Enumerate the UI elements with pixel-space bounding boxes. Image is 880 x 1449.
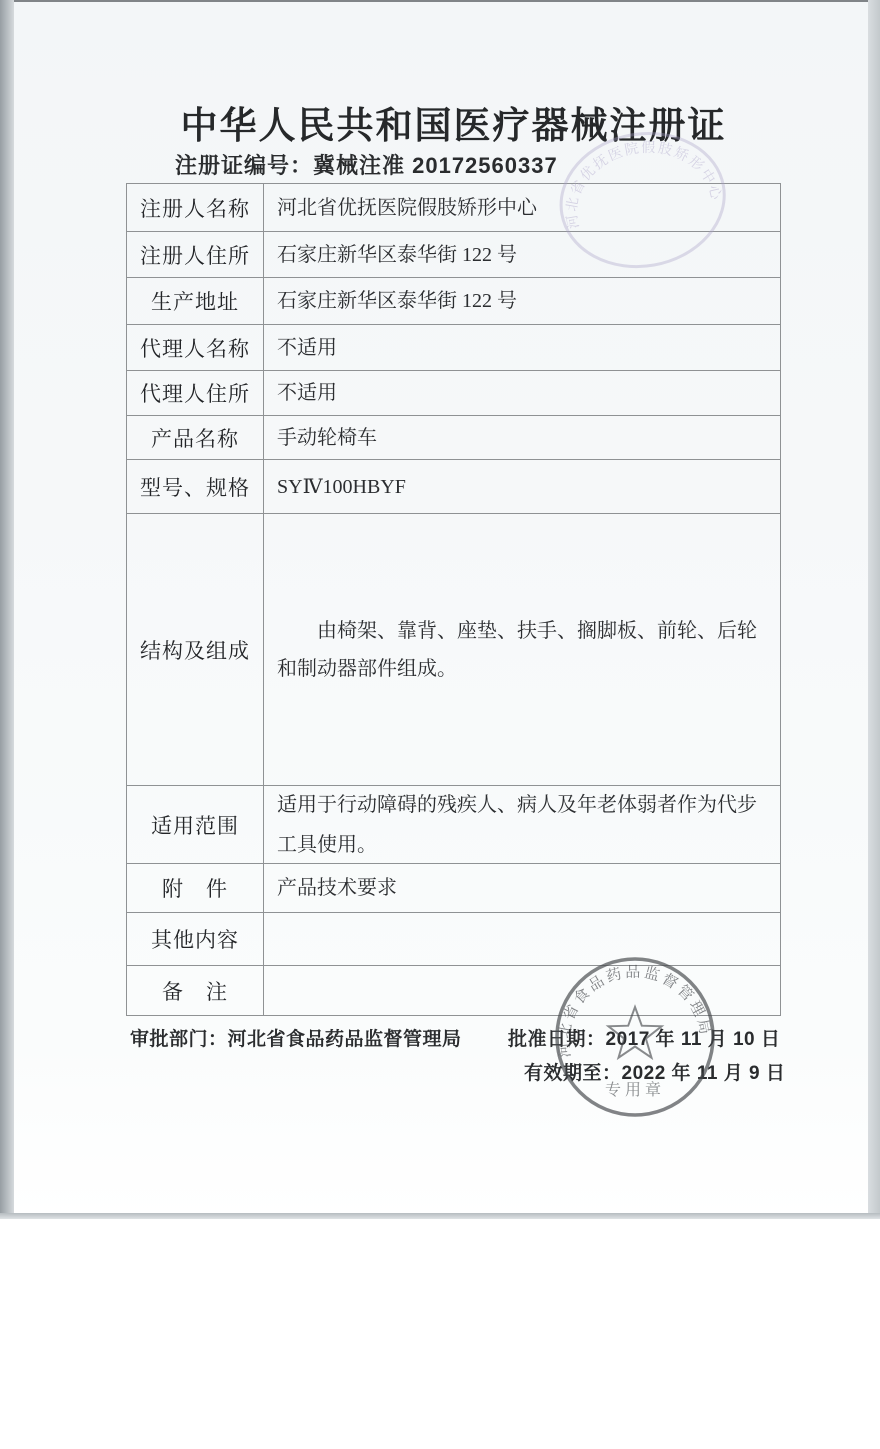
table-row: 产品名称 手动轮椅车	[127, 416, 780, 460]
row-value: 产品技术要求	[277, 874, 766, 902]
row-label: 产品名称	[127, 416, 264, 459]
table-row: 其他内容	[127, 913, 780, 966]
table-row: 附 件 产品技术要求	[127, 864, 780, 913]
row-label: 生产地址	[127, 278, 264, 324]
approval-date: 批准日期：2017 年 11 月 10 日	[508, 1024, 780, 1051]
row-label: 型号、规格	[127, 460, 264, 513]
row-label: 结构及组成	[127, 514, 264, 785]
table-row: 备 注	[127, 966, 780, 1016]
table-row: 结构及组成 由椅架、靠背、座垫、扶手、搁脚板、前轮、后轮和制动器部件组成。	[127, 514, 780, 786]
scan-edge-top	[0, 0, 880, 2]
scan-edge-bottom	[0, 1213, 880, 1219]
table-row: 生产地址 石家庄新华区泰华街 122 号	[127, 278, 780, 325]
row-value: 不适用	[277, 334, 766, 362]
approval-department: 审批部门：河北省食品药品监督管理局	[130, 1024, 462, 1051]
table-row: 代理人住所 不适用	[127, 371, 780, 416]
row-label: 备 注	[127, 966, 264, 1015]
valid-until-date: 有效期至：2022 年 11 月 9 日	[524, 1058, 785, 1085]
scan-edge-left	[0, 0, 14, 1218]
table-row: 注册人名称 河北省优抚医院假肢矫形中心	[127, 184, 780, 232]
row-label: 注册人名称	[127, 184, 264, 231]
scan-edge-right	[868, 0, 880, 1218]
row-label: 代理人名称	[127, 325, 264, 370]
certificate-title: 中华人民共和国医疗器械注册证	[126, 95, 781, 149]
certificate-number-line: 注册证编号：冀械注准 20172560337	[175, 149, 558, 180]
table-row: 代理人名称 不适用	[127, 325, 780, 371]
scanned-certificate-page: 中华人民共和国医疗器械注册证 注册证编号：冀械注准 20172560337 注册…	[0, 0, 880, 1449]
table-row: 型号、规格 SYⅣ100HBYF	[127, 460, 780, 514]
row-value: 河北省优抚医院假肢矫形中心	[277, 194, 766, 222]
table-row: 适用范围 适用于行动障碍的残疾人、病人及年老体弱者作为代步工具使用。	[127, 786, 780, 864]
certificate-table: 注册人名称 河北省优抚医院假肢矫形中心 注册人住所 石家庄新华区泰华街 122 …	[126, 183, 781, 1016]
row-label: 其他内容	[127, 913, 264, 965]
row-value: SYⅣ100HBYF	[277, 473, 766, 501]
row-value: 适用于行动障碍的残疾人、病人及年老体弱者作为代步工具使用。	[277, 785, 766, 865]
table-row: 注册人住所 石家庄新华区泰华街 122 号	[127, 232, 780, 278]
row-label: 附 件	[127, 864, 264, 912]
row-label: 注册人住所	[127, 232, 264, 277]
row-value: 手动轮椅车	[277, 424, 766, 452]
row-value: 不适用	[277, 379, 766, 407]
row-label: 代理人住所	[127, 371, 264, 415]
row-label: 适用范围	[127, 786, 264, 863]
row-value: 石家庄新华区泰华街 122 号	[277, 287, 766, 315]
row-value: 石家庄新华区泰华街 122 号	[277, 241, 766, 269]
row-value: 由椅架、靠背、座垫、扶手、搁脚板、前轮、后轮和制动器部件组成。	[277, 612, 766, 688]
